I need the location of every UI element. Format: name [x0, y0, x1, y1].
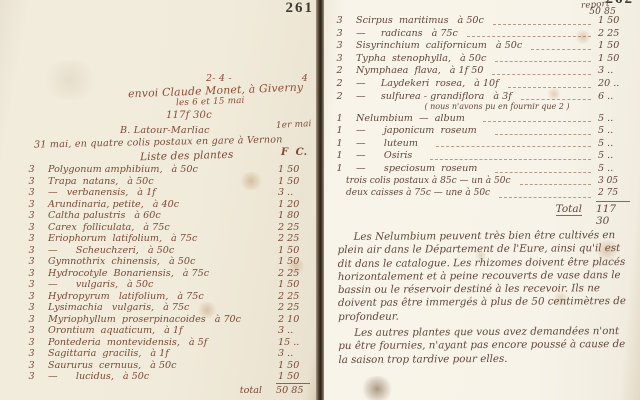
- quantity: 1: [332, 138, 347, 149]
- dash-leader: [531, 49, 591, 50]
- plant-row: 3 Typha stenophylla, à 50c 1 50: [332, 53, 632, 66]
- scanned-invoice: 261 2- 4 - 4 envoi Claude Monet, à Giver…: [0, 0, 640, 400]
- quantity: 3: [24, 360, 39, 371]
- unit-price: à 1f: [164, 325, 182, 336]
- line-amount: 1 50: [598, 40, 632, 51]
- unit-price: à 40c: [153, 199, 179, 210]
- unit-price: à 1f 50: [450, 65, 484, 76]
- dash-leader: [508, 87, 591, 88]
- plant-name: — Laydekeri rosea,: [356, 78, 465, 89]
- plant-row: 3 Lysimachia vulgaris, à 75c 2 25: [24, 302, 312, 314]
- line-amount: 5 ..: [598, 138, 632, 149]
- quantity: 3: [24, 256, 39, 267]
- plant-name: Hydrocotyle Bonariensis,: [48, 268, 174, 279]
- unit-price: à 50c: [123, 371, 149, 382]
- line-amount: 15 ..: [278, 337, 312, 348]
- quantity: 3: [24, 199, 39, 210]
- plant-row: 2 — sulfurea - grandiflora à 3f 6 .. ( n…: [332, 91, 632, 111]
- quantity: 3: [24, 268, 39, 279]
- unit-price: à 50c: [458, 15, 484, 26]
- dash-leader: [495, 134, 591, 135]
- plant-row: 1 Nelumbium — album 5 ..: [332, 113, 632, 126]
- plant-name: Saururus cernuus,: [48, 360, 141, 371]
- dash-leader: [521, 99, 591, 100]
- paragraph: Les autres plantes que vous avez demandé…: [338, 325, 632, 367]
- total-amount: 117 30: [596, 201, 630, 227]
- quantity: 3: [332, 28, 347, 39]
- plant-name: — Scheuchzeri,: [48, 245, 139, 256]
- unit-price: à 5f: [189, 337, 207, 348]
- plant-name: Trapa natans,: [48, 176, 118, 187]
- quantity: 3: [24, 348, 39, 359]
- plant-row: 3 Hydrocotyle Bonariensis, à 75c 2 25: [24, 268, 312, 280]
- quantity: 3: [24, 210, 39, 221]
- quantity: 3: [24, 233, 39, 244]
- dash-leader: [495, 172, 591, 173]
- line-amount: 1 50: [278, 176, 312, 187]
- plant-name: — sulfurea - grandiflora: [356, 91, 484, 102]
- unit-price: à 75c: [183, 268, 209, 279]
- plant-name: Arundinaria, petite,: [48, 199, 144, 210]
- line-amount: 5 ..: [598, 163, 632, 174]
- unit-price: à 75c: [163, 302, 189, 313]
- line-amount: 1 50: [598, 15, 632, 26]
- page-number-left: 261: [286, 0, 315, 17]
- plant-name: Sagittaria gracilis,: [48, 348, 141, 359]
- quantity: 3: [332, 40, 347, 51]
- sender-name: B. Latour-Marliac: [120, 125, 210, 136]
- dash-leader: [520, 184, 591, 185]
- plant-name: — japonicum roseum: [356, 125, 477, 136]
- quantity: 3: [24, 279, 39, 290]
- shipping-label: trois colis postaux à 85c — un à 50c: [346, 176, 511, 186]
- dash-leader: [495, 61, 591, 62]
- plant-row: 3 Sagittaria gracilis, à 1f 3 ..: [24, 348, 312, 360]
- quantity: 2: [332, 78, 347, 89]
- total-amount-note: 117f 30c: [166, 110, 212, 121]
- plant-name: — luteum: [356, 138, 418, 149]
- plant-row: 3 — lucidus, à 50c 1 50: [24, 371, 312, 383]
- unit-price: à 50c: [127, 176, 153, 187]
- plant-name: Sisyrinchium californicum: [356, 40, 487, 51]
- line-amount: 3 ..: [278, 187, 312, 198]
- dash-leader: [483, 121, 591, 122]
- unit-price: à 50c: [150, 360, 176, 371]
- line-amount: 1 50: [278, 360, 312, 371]
- total-label: total: [240, 385, 262, 396]
- plant-name: Myriophyllum proserpinacoides: [48, 314, 206, 325]
- stain: [40, 60, 100, 100]
- quantity: 3: [24, 164, 39, 175]
- total-label: Total: [556, 203, 582, 216]
- quantity: 3: [24, 176, 39, 187]
- line-amount: 1 50: [278, 371, 312, 382]
- total-amount: 50 85: [276, 383, 310, 396]
- plant-name: Lysimachia vulgaris,: [48, 302, 154, 313]
- list-title: Liste des plantes: [140, 149, 234, 163]
- quantity: 3: [24, 314, 39, 325]
- quantity: 3: [24, 302, 39, 313]
- grand-total-line: Total 117 30: [332, 201, 632, 227]
- line-amount: 2 75: [598, 188, 632, 198]
- line-amount: 1 20: [278, 199, 312, 210]
- quantity: 3: [24, 337, 39, 348]
- unit-price: à 75c: [171, 233, 197, 244]
- quantity: 3: [24, 187, 39, 198]
- plant-name: Gymnothrix chinensis,: [48, 256, 160, 267]
- line-amount: 3 05: [598, 176, 632, 186]
- unit-price: à 60c: [134, 210, 160, 221]
- plant-row: 3 Trapa natans, à 50c 1 50: [24, 176, 312, 188]
- line-amount: 5 ..: [598, 113, 632, 124]
- dash-leader: [436, 146, 591, 147]
- plant-row: 3 Pontederia montevidensis, à 5f 15 ..: [24, 337, 312, 349]
- dash-leader: [499, 197, 591, 198]
- plant-row: 1 — speciosum roseum 5 ..: [332, 163, 632, 176]
- plant-name: Orontium aquaticum,: [48, 325, 155, 336]
- quantity: 3: [24, 222, 39, 233]
- plant-row: 3 Hydropyrum latifolium, à 75c 2 25: [24, 291, 312, 303]
- plant-row: 3 — Scheuchzeri, à 50c 1 50: [24, 245, 312, 257]
- quantity: 3: [24, 325, 39, 336]
- quantity: 3: [24, 245, 39, 256]
- unit-price: à 70c: [215, 314, 241, 325]
- quantity: 2: [332, 65, 347, 76]
- quantity: 1: [332, 150, 347, 161]
- unit-price: à 50c: [460, 53, 486, 64]
- quantity: 1: [332, 163, 347, 174]
- header-date: 1er mai: [276, 119, 312, 131]
- line-amount: 2 25: [598, 28, 632, 39]
- supply-note: ( nous n'avons pu en fournir que 2 ): [402, 102, 592, 111]
- plant-name: — Osiris: [356, 150, 412, 161]
- unit-price: à 50c: [172, 164, 198, 175]
- unit-price: à 50c: [127, 279, 153, 290]
- plant-row: 1 — Osiris 5 ..: [332, 150, 632, 163]
- shipping-row: trois colis postaux à 85c — un à 50c 3 0…: [332, 176, 632, 189]
- line-amount: 2 25: [278, 291, 312, 302]
- plant-list-right: 3 Scirpus maritimus à 50c 1 50 3 — radic…: [332, 15, 632, 227]
- line-amount: 3 ..: [278, 325, 312, 336]
- annotation-left: 2- 4 -: [206, 73, 232, 84]
- unit-price: à 75c: [432, 28, 458, 39]
- plant-row: 3 Sisyrinchium californicum à 50c 1 50: [332, 40, 632, 53]
- line-amount: 2 25: [278, 302, 312, 313]
- shipping-note: 31 mai, en quatre colis postaux en gare …: [34, 134, 283, 150]
- plant-row: 2 — Laydekeri rosea, à 10f 20 ..: [332, 78, 632, 91]
- shipping-label: deux caisses à 75c — une à 50c: [346, 188, 490, 198]
- unit-price: à 50c: [148, 245, 174, 256]
- plant-name: Caltha palustris: [48, 210, 125, 221]
- plant-name: — radicans: [356, 28, 423, 39]
- unit-price: à 75c: [177, 291, 203, 302]
- line-amount: 2 25: [278, 233, 312, 244]
- unit-price: à 1f: [150, 348, 168, 359]
- plant-name: Nymphaea flava,: [356, 65, 441, 76]
- plant-name: Pontederia montevidensis,: [48, 337, 180, 348]
- unit-price: à 75c: [143, 222, 169, 233]
- plant-row: 2 Nymphaea flava, à 1f 50 3 ..: [332, 65, 632, 78]
- plant-row: 3 — vulgaris, à 50c 1 50: [24, 279, 312, 291]
- dash-leader: [493, 24, 591, 25]
- dash-leader: [467, 36, 591, 37]
- plant-name: Hydropyrum latifolium,: [48, 291, 168, 302]
- plant-name: Polygonum amphibium,: [48, 164, 163, 175]
- plant-row: 1 — luteum 5 ..: [332, 138, 632, 151]
- plant-name: Scirpus maritimus: [356, 15, 449, 26]
- shipping-row: deux caisses à 75c — une à 50c 2 75: [332, 188, 632, 201]
- line-amount: 2 10: [278, 314, 312, 325]
- plant-name: Typha stenophylla,: [356, 53, 451, 64]
- plant-row: 3 Gymnothrix chinensis, à 50c 1 50: [24, 256, 312, 268]
- unit-price: à 50c: [496, 40, 522, 51]
- quantity: 3: [24, 291, 39, 302]
- line-amount: 1 50: [278, 279, 312, 290]
- plant-list-left: 3 Polygonum amphibium, à 50c 1 50 3 Trap…: [24, 164, 312, 396]
- plant-name: — lucidus,: [48, 371, 114, 382]
- line-amount: 2 25: [278, 268, 312, 279]
- dash-leader: [492, 74, 591, 75]
- unit-price: à 10f: [474, 78, 499, 89]
- line-amount: 1 50: [278, 256, 312, 267]
- plant-row: 3 Eriophorum latifolium, à 75c 2 25: [24, 233, 312, 245]
- unit-price: à 3f: [493, 91, 511, 102]
- plant-name: — vulgaris,: [48, 279, 118, 290]
- line-amount: 3 ..: [598, 65, 632, 76]
- quantity: 3: [24, 371, 39, 382]
- quantity: 1: [332, 113, 347, 124]
- paragraph: Les Nelumbium peuvent très bien être cul…: [338, 229, 633, 324]
- line-amount: 6 ..: [598, 91, 632, 102]
- line-amount: 1 80: [278, 210, 312, 221]
- currency-column-header: F C.: [281, 147, 307, 158]
- quantity: 3: [332, 15, 347, 26]
- dash-leader: [430, 159, 591, 160]
- plant-name: — verbanensis,: [48, 187, 128, 198]
- plant-row: 3 Arundinaria, petite, à 40c 1 20: [24, 199, 312, 211]
- line-amount: 3 ..: [278, 348, 312, 359]
- line-amount: 20 ..: [598, 78, 632, 89]
- carry-total-line: total 50 85: [24, 383, 312, 396]
- line-amount: 1 50: [598, 53, 632, 64]
- plant-row: 1 — japonicum roseum 5 ..: [332, 125, 632, 138]
- invoice-page-right: 262 report 50 85 3 Scirpus maritimus à 5…: [324, 0, 640, 400]
- plant-row: 3 Carex folliculata, à 75c 2 25: [24, 222, 312, 234]
- line-amount: 1 50: [278, 245, 312, 256]
- invoice-page-left: 261 2- 4 - 4 envoi Claude Monet, à Giver…: [0, 0, 318, 400]
- shipment-dates: les 6 et 15 mai: [176, 96, 245, 108]
- plant-name: Eriophorum latifolium,: [48, 233, 162, 244]
- plant-row: 3 Myriophyllum proserpinacoides à 70c 2 …: [24, 314, 312, 326]
- quantity: 1: [332, 125, 347, 136]
- quantity: 2: [332, 91, 347, 102]
- plant-row: 3 Scirpus maritimus à 50c 1 50: [332, 15, 632, 28]
- plant-row: 3 Caltha palustris à 60c 1 80: [24, 210, 312, 222]
- plant-name: — speciosum roseum: [356, 163, 477, 174]
- unit-price: à 50c: [169, 256, 195, 267]
- stain: [360, 376, 394, 400]
- unit-price: à 1f: [137, 187, 155, 198]
- plant-name: Carex folliculata,: [48, 222, 134, 233]
- plant-row: 3 Saururus cernuus, à 50c 1 50: [24, 360, 312, 372]
- plant-row: 3 Polygonum amphibium, à 50c 1 50: [24, 164, 312, 176]
- quantity: 3: [332, 53, 347, 64]
- plant-name: Nelumbium — album: [356, 113, 465, 124]
- line-amount: 2 25: [278, 222, 312, 233]
- line-amount: 1 50: [278, 164, 312, 175]
- plant-row: 3 — radicans à 75c 2 25: [332, 28, 632, 41]
- line-amount: 5 ..: [598, 150, 632, 161]
- plant-row: 3 Orontium aquaticum, à 1f 3 ..: [24, 325, 312, 337]
- line-amount: 5 ..: [598, 125, 632, 136]
- closing-paragraphs: Les Nelumbium peuvent très bien être cul…: [338, 229, 633, 370]
- plant-row: 3 — verbanensis, à 1f 3 ..: [24, 187, 312, 199]
